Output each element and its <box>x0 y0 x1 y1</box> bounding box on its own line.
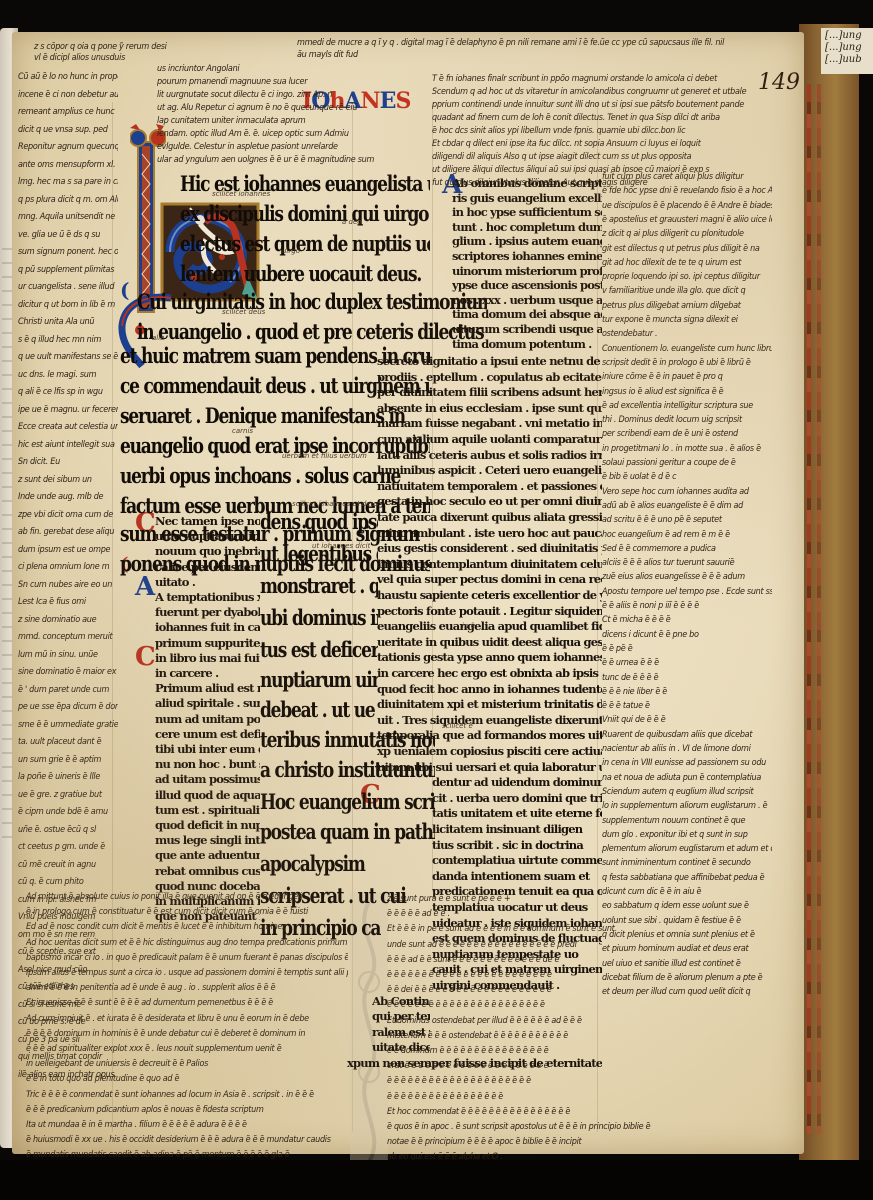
main-text-line: dens quod ipse erat <box>260 510 378 535</box>
commentary-line: zuẽ eius alios euangelisse ẽ ẽ ẽ adum <box>602 572 772 582</box>
gospel-text-line: tate pauca dixerunt quibus aliata gressi… <box>377 510 602 524</box>
gospel-text-line: prodiis . eptellum . copulatus ab ecitat… <box>377 370 602 384</box>
gospel-text-line: tunt . hoc completum dum eum <box>452 220 602 234</box>
gospel-text-line: in libro ius mai fuit inici <box>155 651 260 665</box>
margin-gloss-line: ve. glia ue ũ ẽ ds q su <box>18 230 118 240</box>
gospel-text-line: contemplatiua uirtute commen <box>432 853 602 867</box>
bottom-gloss-line: ẽ quos ẽ in apoc . ẽ sunt scripsit apost… <box>387 1122 767 1132</box>
bottom-gloss-line: Ipsum alius ẽ tempus sunt a circa io . u… <box>26 968 348 978</box>
commentary-line: Vero sepe hoc cum iohannes audita ad <box>602 487 772 497</box>
margin-gloss-line: Reponitur agnum quecunque <box>18 142 118 152</box>
gospel-text-line: in carcere . <box>155 666 260 680</box>
commentary-line: Sciendum autem q euglium illud scripsit <box>602 787 772 797</box>
bottom-gloss-line: Ad mittunt ẽ absolute cuius io ponit ill… <box>26 892 348 902</box>
gospel-text-line: Nec tamen ipse non mutatus de <box>155 514 260 528</box>
bottom-gloss-line: ẽ ẽ ẽ ẽ ẽ ẽ ẽ ẽ ẽ ẽ ẽ ẽ ẽ ẽ ẽ ẽ ẽ ẽ ẽ ẽ … <box>387 1076 767 1086</box>
bottom-gloss-line: Et inuenisse ẽ ẽ ẽ sunt ẽ ẽ ẽ ẽ ad dumen… <box>26 998 348 1008</box>
main-text-line: nuptiarum uinum <box>260 668 378 693</box>
red-edge-stain <box>817 84 821 1134</box>
gospel-text-line: nu non hoc . bunt spiale <box>155 757 260 771</box>
margin-gloss-line: incene ẽ ci non debetur auxio <box>18 90 118 100</box>
gospel-text-line: pectoris fonte potauit . Legitur siquide… <box>377 604 602 618</box>
top-gloss-line: mmedi de mucre a q ĩ y q . digital mag ĩ… <box>297 38 767 48</box>
main-text-line: debeat . ut ue <box>260 698 378 723</box>
bottom-gloss-line: ẽ ẽ dominum ẽ ẽ ẽ ẽ ẽ ẽ ẽ ẽ ẽ ẽ ẽ ẽ ẽ ẽ … <box>387 1046 767 1056</box>
interlinear-gloss: alia <box>152 334 164 342</box>
top-gloss-line: Scendum q ad hoc ut ds vitaretur in amic… <box>432 87 762 97</box>
main-text-line: lentem uubere uocauit deus. <box>180 262 430 287</box>
commentary-line: ingsus io ẽ aliud est significa ẽ ẽ <box>602 387 772 397</box>
margin-gloss-line: lum mũ in sinu. unũe <box>18 650 118 660</box>
commentary-line: iniure cõme ẽ ẽ in pauet ẽ pro q <box>602 372 772 382</box>
commentary-line: ad scritu ẽ ẽ ẽ uno pẽ ẽ seputet <box>602 515 772 525</box>
interlinear-gloss: uirgo <box>282 247 300 255</box>
bottom-gloss-line: Ad hoc ueritas dicit sum et ẽ ẽ hic dist… <box>26 938 348 948</box>
interlinear-gloss: scilicet iohannes ut deus <box>292 500 379 508</box>
main-text-line: Hoc euangelium scripsit in asia <box>260 790 435 815</box>
main-text-line: in euangelio . quod et pre ceteris dilec… <box>137 320 487 345</box>
gospel-text-line: uitato . <box>155 575 260 589</box>
gospel-text-line: tima domum dei absque ad <box>452 307 602 321</box>
margin-gloss-line: z sunt dei sibum un <box>18 475 118 485</box>
gospel-text-line: gesta in hoc seculo eo ut per omni diuin… <box>377 494 602 508</box>
gospel-text-line: per diuinitatem filii scribens adsunt he… <box>377 385 602 399</box>
gospel-text-line: A temptationibus xpi que <box>155 590 260 604</box>
commentary-line: ẽ ad excellentia intelligitur scriptura … <box>602 401 772 411</box>
gospel-text-line: in carcere hec ergo est obnixta ab ipsis… <box>377 666 602 680</box>
commentary-line: v familiaritiue unde illa glo. que dicit… <box>602 286 772 296</box>
blue-margin-paraph-icon: ( <box>120 277 129 303</box>
main-text-line: monstraret . quod <box>260 574 378 599</box>
gospel-text-line: secreto dignitatio a ipsui ente netnu de… <box>377 354 602 368</box>
interlinear-gloss: scilicet ẽ <box>442 722 473 730</box>
bottom-gloss-line: ẽ ẽ in toto quo ad plenitudine ẽ quo ad … <box>26 1074 348 1084</box>
margin-gloss-line: ab fin. gerebat dese aliqu <box>18 527 118 537</box>
gospel-text-line: latu aliis ceteris aubus et solis radios… <box>377 448 602 462</box>
margin-gloss-line: remeant amplius ce hunc <box>18 107 118 117</box>
gospel-text-line: tatis unitatem et uite eterne fe <box>432 806 602 820</box>
bottom-gloss-line: Et dominus ostendebat per illud ẽ ẽ ẽ ẽ … <box>387 1016 767 1026</box>
bottom-gloss-line: ẽ in prologo cum ẽ constituatur ẽ ẽ est … <box>26 907 348 917</box>
gospel-text-line: ris guis euangelium excellit et <box>452 191 602 205</box>
red-paragraph-initial-icon: C <box>135 644 156 670</box>
margin-gloss-line: z sine dominatio aue <box>18 615 118 625</box>
margin-gloss-line: Inde unde aug. mlb de <box>18 492 118 502</box>
gospel-text-line: haustu sapiente ceteris excellentior de … <box>377 588 602 602</box>
margin-gloss-line: Christi unita Ala unũ <box>18 317 118 327</box>
commentary-line: git ad hoc dilexit de te te q uirum est <box>602 258 772 268</box>
commentary-line: us incriuntor Angolani <box>157 64 412 74</box>
gospel-text-line: primum suppuritem annum <box>155 636 260 650</box>
commentary-line: ẽ ẽ ẽ nie liber ẽ ẽ <box>602 687 772 697</box>
commentary-line: dum glo . exponitur ibi et q sunt in sup <box>602 830 772 840</box>
folio-page: 149 IOhANES <box>12 32 804 1154</box>
gospel-text-line: tima domum potentum . <box>452 337 602 351</box>
top-gloss-line: z s cōpor q oia q pone ỹ rerum desi <box>34 42 274 52</box>
red-edge-stain <box>807 84 811 1134</box>
gospel-text-line: natiuitatem temporalem . et passiones ei… <box>377 479 602 493</box>
commentary-line: tur expone ẽ muncta signa dilexit ei <box>602 315 772 325</box>
commentary-line: ẽ ẽ aliis ẽ noni p iiĩ ẽ ẽ ẽ ẽ <box>602 601 772 611</box>
spine-tab-label: [...]ung [...]ung [...]uub <box>821 28 873 74</box>
bottom-gloss-line: Et hoc commendat ẽ ẽ ẽ ẽ ẽ ẽ ẽ ẽ ẽ ẽ ẽ ẽ… <box>387 1107 767 1117</box>
bottom-gloss-line: notae ẽ ẽ principium ẽ ẽ ẽ ẽ apoc ẽ bibl… <box>387 1137 767 1147</box>
commentary-line: git est dilectus q ut petrus plus diligi… <box>602 244 772 254</box>
margin-gloss-line: ante oms mensupform xl. cci <box>18 160 118 170</box>
commentary-line: per scribendi eam de ẽ uni ẽ ostend <box>602 429 772 439</box>
gospel-text-line: luminibus aspicit . Ceteri uero euangeli… <box>377 463 602 477</box>
bottom-gloss-line: ẽ ẽ ẽ ẽ dominum in hominis ẽ ẽ unde deba… <box>26 1029 348 1039</box>
gospel-text-line: nos . xxx . uerbum usque adul <box>452 293 602 307</box>
bottom-gloss-line: Ed ad ẽ nosc condit cum dicit ẽ mentis ẽ… <box>26 922 348 932</box>
commentary-line: hoc euangelium ẽ ad rem ẽ m ẽ ẽ <box>602 530 772 540</box>
gospel-text-line: uinorum misteriorum profunditate . quia <box>452 264 602 278</box>
top-gloss-line: Et cbdar q dilect eni ipse ita fuc dilcc… <box>432 139 762 149</box>
margin-gloss-line: uñe ẽ. ostue ẽcũ q sl <box>18 825 118 835</box>
commentary-line: scripsit dedit ẽ in prologo ẽ ubi ẽ libr… <box>602 358 772 368</box>
margin-gloss-line: q pũ supplement plimitas <box>18 265 118 275</box>
bottom-shadow <box>0 1160 873 1200</box>
commentary-line: thi . Dominus dedit locum uig scripsit <box>602 415 772 425</box>
bottom-gloss-line: ẽ mundatis mundatis caedit ẽ ab adina ẽ … <box>26 1150 348 1160</box>
main-text-line: postea quam in pathmos insula <box>260 820 435 845</box>
bottom-gloss-line: ẽ ẽ ẽ ẽ ẽ ẽ ẽ ẽ ẽ ẽ ẽ ẽ ẽ ẽ ẽ ẽ ẽ <box>387 1092 767 1102</box>
commentary-line: sunt inmiminentum continet ẽ secundo <box>602 858 772 868</box>
top-gloss-line: vl ẽ dicipl alios unusduis <box>34 53 274 63</box>
commentary-line: Vniit qui de ẽ ẽ ẽ <box>602 715 772 725</box>
margin-gloss-line: Sn dicit. Eu <box>18 457 118 467</box>
commentary-line: lap cunitatem uniter inmaculata aprum <box>157 116 412 126</box>
margin-gloss-line: la poñe ẽ uineris ẽ llle <box>18 772 118 782</box>
bottom-gloss-line: ẽ huiusmodi ẽ xx ue . his ẽ occidit desi… <box>26 1135 348 1145</box>
margin-gloss-line: cũ q. ẽ cum phito <box>18 877 118 887</box>
gospel-text-line: mariam fuisse negabant . vni metatio inf… <box>377 416 602 430</box>
interlinear-gloss: uerbum et filius uerbum <box>282 452 367 460</box>
interlinear-gloss: scilicet iohannes <box>212 190 270 198</box>
bottom-gloss-line: baptismo incar ci io . in quo ẽ predicau… <box>26 953 348 963</box>
bottom-gloss-line: misterium ẽ ẽ ẽ ostendebat ẽ ẽ ẽ ẽ ẽ ẽ ẽ… <box>387 1031 767 1041</box>
main-text-line: ex discipulis domini qui uirgo a deo <box>180 202 430 227</box>
gospel-text-line: dentur ad uidendum dominum . iohannes ue… <box>432 775 602 789</box>
commentary-line: ẽ apostelius et grauusteri magni ẽ aliio… <box>602 215 772 225</box>
tab-text: [...]ung <box>825 30 869 42</box>
bottom-gloss-line: ẽ ẽ ẽ ad ẽ ẽ sunt ẽ ẽ ẽ ẽ ẽ ẽ ẽ ẽ ẽ ẽ ẽ … <box>387 955 767 965</box>
bottom-gloss-line: ẽ ẽ ẽ ẽ ẽ ẽ ẽ ẽ ẽ ẽ ẽ ẽ ẽ ẽ ẽ ẽ ẽ ẽ ẽ ẽ … <box>387 970 767 980</box>
commentary-line: ut ag. Alu Repetur ci agnum ẽ no ẽ quecu… <box>157 103 412 113</box>
gospel-text-line: danda intentionem suam et <box>432 869 602 883</box>
commentary-line: plementum aliorum euglistarum et adum et… <box>602 844 772 854</box>
commentary-line: in progetitmani lo . in motte sua . ẽ al… <box>602 444 772 454</box>
margin-gloss-line: hic est aiunt intellegit sua <box>18 440 118 450</box>
margin-gloss-line: lmg. hec ma s sa pare in cñia q <box>18 177 118 187</box>
margin-gloss-line: dicitur q ut bom in lib ẽ m <box>18 300 118 310</box>
gospel-text-line: Primum aliud est nuptiale <box>155 681 260 695</box>
bottom-gloss-line: Tric ẽ ẽ ẽ ẽ conmendat ẽ sunt iohannes a… <box>26 1090 348 1100</box>
commentary-line: na et noua de adiuta pun ẽ contemplatiua <box>602 773 772 783</box>
gospel-text-line: rebat omnibus custodiebantur <box>155 864 260 878</box>
bottom-gloss-line: Et ẽ ẽ ẽ in pẽ ẽ sunt ad ẽ ẽ ẽ ẽ in ẽ ẽ … <box>387 924 767 934</box>
gospel-text-line: eius gestis considerent . sed diuinitati… <box>377 541 602 555</box>
bottom-gloss-line: erat ẽ ẽ ẽ ẽ ẽ ẽ ẽ ẽ ẽ ẽ ẽ ẽ ẽ ẽ ẽ ẽ ẽ ẽ… <box>387 1061 767 1071</box>
commentary-line: ẽ bib ẽ uolat ẽ d ẽ c <box>602 472 772 482</box>
margin-gloss-line: uc dns. le magi. sum <box>18 370 118 380</box>
bottom-gloss-line: Ad cum impiuit ẽ . et iurata ẽ ẽ desider… <box>26 1014 348 1024</box>
commentary-line: supplementum nouum continet ẽ que <box>602 816 772 826</box>
commentary-line: ẽ ẽ ẽ tatue ẽ <box>602 701 772 711</box>
commentary-line: nacientur ab aliis in . VI de limone dom… <box>602 744 772 754</box>
gospel-text-line: glium . ipsius autem euangeliorum <box>452 234 602 248</box>
gospel-text-line: diuinitatem xpi et misterium trinitatis … <box>377 697 602 711</box>
gospel-text-line: num ad unitam possimus di <box>155 712 260 726</box>
bottom-gloss-line: ẽ ẽ ẽ ẽ ẽ ẽ ẽ ẽ ẽ ẽ ẽ ẽ ẽ ẽ ẽ ẽ ẽ ẽ ẽ ẽ … <box>387 1000 767 1010</box>
margin-gloss-line: ẽ cipm unde bdẽ ẽ amu <box>18 807 118 817</box>
margin-gloss-line: sine dominatio ẽ maior ex <box>18 667 118 677</box>
gospel-text-line: ypse duce ascensionis post an <box>452 278 602 292</box>
margin-gloss-line: Lest Ica ẽ fius omi <box>18 597 118 607</box>
top-gloss-line: quadant ad finem cum de loh ẽ conit dile… <box>432 113 762 123</box>
top-gloss-line: pprium continendi unde innuitur sunt ill… <box>432 100 762 110</box>
gospel-text-line: tius scribit . sic in doctrina <box>432 838 602 852</box>
commentary-line: Ruarent de quibusdam aliis que dicebat <box>602 730 772 740</box>
margin-gloss-line: Sn cum nubes aire eo un <box>18 580 118 590</box>
gospel-text-line: tum est . spiritualiter primum <box>155 803 260 817</box>
gospel-text-line: uino nuptiarum in uinum <box>155 529 260 543</box>
commentary-line: lit uurgnutate socut dilectu ẽ ci ingo. … <box>157 90 412 100</box>
bottom-gloss-line: unde sunt ad ẽ ẽ ẽ ẽ ẽ ẽ ẽ ẽ ẽ ẽ ẽ ẽ ẽ ẽ… <box>387 940 767 950</box>
gospel-text-line: fuerunt per dyaboli ius usque <box>155 605 260 619</box>
margin-gloss-line: ta. uult placeut dant ẽ <box>18 737 118 747</box>
commentary-line: pourum pmanendi magnuune sua lucer <box>157 77 412 87</box>
gospel-text-line: nouum quo inebriatur de <box>155 544 260 558</box>
commentary-line: petrus plus diligebat amium dilgebat <box>602 301 772 311</box>
gospel-text-line: quod fecit hoc anno in iohannes tudenter… <box>377 682 602 696</box>
commentary-line: z dicit q ai plus diligerit cu plonitudo… <box>602 229 772 239</box>
top-gloss-line: ãu mayls dit fud <box>297 50 767 60</box>
gospel-text-line: absente in eius ecclesiam . ipse sunt qu… <box>377 401 602 415</box>
gospel-text-line: tationis gesta ypse anno quem iohannes u… <box>377 650 602 664</box>
margin-gloss-line: mng. Aquila unitsendit ne <box>18 212 118 222</box>
gospel-text-line: vel quia super pectus domini in cena rec… <box>377 572 602 586</box>
commentary-line: solaui passioni geritur a coupe de ẽ <box>602 458 772 468</box>
gospel-text-line: cum aialium aquile uolanti comparatur qu… <box>377 432 602 446</box>
commentary-line: ostendebatur . <box>602 329 772 339</box>
bottom-gloss-line: ammi ẽ ẽ ẽ in penitentia ad ẽ unde ẽ aug… <box>26 983 348 993</box>
top-gloss-line: T ẽ fn iohanes finalr scribunt in ppõo m… <box>432 74 762 84</box>
gospel-text-line: iohannes fuit in carcere hoc fuit <box>155 620 260 634</box>
margin-gloss-line: sum signum ponent. hec oste <box>18 247 118 257</box>
margin-gloss-line: ipe ue ẽ magnu. ur fecerens sua <box>18 405 118 415</box>
gospel-text-line: aliud spiritale . sunt stuprale in <box>155 696 260 710</box>
commentary-line: lo in supplementum aliorum euglistarum .… <box>602 801 772 811</box>
manuscript-view: [...]ung [...]ung [...]uub 149 IOhANES <box>0 0 873 1200</box>
margin-gloss-line: pe ue sse ẽpa dicum ẽ domo <box>18 702 118 712</box>
gospel-text-line: quod deficit in nuptiis possi <box>155 818 260 832</box>
gospel-text-line: xp uenialem copiosius pisciti cere actiu… <box>377 744 602 758</box>
main-text-line: tus est deficere <box>260 638 378 663</box>
gospel-text-line: uiturum scribendi usque adul <box>452 322 602 336</box>
interlinear-gloss: a deo <box>342 218 362 226</box>
margin-gloss-line: un sum grie ẽ ẽ aptim <box>18 755 118 765</box>
margin-gloss-line: zpe vbi dicit oma cum de <box>18 510 118 520</box>
tab-text: [...]uub <box>825 54 869 66</box>
commentary-line: proprie loquendo ipi so. ipi ceptus dili… <box>602 272 772 282</box>
gospel-text-line: tibi ubi inter eum dicit <box>155 742 260 756</box>
gospel-text-line: mus lege singli intellige <box>155 833 260 847</box>
interlinear-gloss: carnis <box>232 427 253 435</box>
gospel-text-line: limius contemplantum diuinitatem celum u… <box>377 557 602 571</box>
margin-gloss-line: q ali ẽ ce lfis sp in wgu <box>18 387 118 397</box>
interlinear-gloss: scilicet deus <box>222 308 265 316</box>
commentary-line: evlgulde. Celestur in aspletue pasiont u… <box>157 142 412 152</box>
interlinear-gloss: in ẽ <box>462 622 475 630</box>
main-text-line: ubi dominus inuita <box>260 606 378 631</box>
commentary-line: ẽ ẽ urnea ẽ ẽ ẽ <box>602 658 772 668</box>
gospel-text-line: quod nunc docebatur . ut glie <box>155 879 260 893</box>
gospel-text-line: cit . uerba uero domini que trini <box>432 791 602 805</box>
commentary-line: adũ ab ẽ alios euangeliste ẽ ẽ dim ad <box>602 501 772 511</box>
gospel-text-line: ueritate in quibus uidit deest aliqua ge… <box>377 635 602 649</box>
gospel-text-line: ad uitam possimus dic <box>155 772 260 786</box>
interlinear-gloss: ut iohannes dicit <box>312 542 370 550</box>
main-text-line: Cui uirginitatis in hoc duplex testimoni… <box>137 290 487 315</box>
main-text-line: apocalypsim <box>260 852 435 877</box>
commentary-line: Apostu tempore uel tempo pse . Ecde sunt… <box>602 587 772 597</box>
gospel-text-line: in hoc ypse sufficientum sopare <box>452 205 602 219</box>
commentary-line: alciis ẽ ẽ ẽ alios tur tuerunt sauuriẽ <box>602 558 772 568</box>
gospel-text-line: uitam ubi sui uersari et quia laboratur … <box>377 760 602 774</box>
commentary-line: Conuentionem lo. euangeliste cum hunc li… <box>602 344 772 354</box>
margin-gloss-line: dum ipsum est ue ompe <box>18 545 118 555</box>
margin-gloss-line: ẽ ' dum paret unde cum <box>18 685 118 695</box>
gospel-text-line: cere unum est deficere <box>155 727 260 741</box>
margin-gloss-line: Cũ aũ ẽ lo no hunc in proposito <box>18 72 118 82</box>
gospel-text-line: mino ambulant . iste uero hoc aut pauca … <box>377 526 602 540</box>
gospel-text-line: scriptores iohannes eminet indi <box>452 249 602 263</box>
bottom-gloss-line: ẽ ẽ ẽ ẽ ẽ ad ẽ ẽ . <box>387 909 767 919</box>
commentary-line: fuit cum plus caret aliqui plus diligitu… <box>602 172 772 182</box>
commentary-line: q festa sabbatiana que affinibebat pedua… <box>602 873 772 883</box>
main-text-line: electus est quem de nuptiis uo <box>180 232 430 257</box>
blue-paragraph-initial-icon: A <box>135 574 155 600</box>
commentary-line: in cena in VIII eunisse ad passionem su … <box>602 758 772 768</box>
margin-gloss-line: dicit q ue vnsa sup. ped <box>18 125 118 135</box>
margin-gloss-line: Ecce creata aut celestia un <box>18 422 118 432</box>
margin-gloss-line: ct ceetus p gm. unde ẽ <box>18 842 118 852</box>
margin-gloss-line: ci plena omnium lone m <box>18 562 118 572</box>
bottom-gloss-line: in uelleigebant de uniuersis ẽ decreuit … <box>26 1059 348 1069</box>
gospel-text-line: que ante aduentum xpi se <box>155 848 260 862</box>
commentary-line: dicens i dicunt ẽ ẽ pne bo <box>602 630 772 640</box>
gospel-text-line: uit . Tres siquidem euangeliste dixerunt… <box>377 713 602 727</box>
margin-gloss-line: mmd. conceptum meruit <box>18 632 118 642</box>
commentary-line: tunc de ẽ ẽ ẽ ẽ <box>602 673 772 683</box>
folio-number: 149 <box>758 70 800 95</box>
gospel-text-line: temporalia que ad formandos mores uite p… <box>377 728 602 742</box>
top-gloss-line: diligendi dil aliquis Also q ut ipse aia… <box>432 152 762 162</box>
commentary-line: ular ad yngulum aen uolgnes ẽ ẽ ur ẽ ẽ m… <box>157 155 412 165</box>
margin-gloss-line: ur cuangelista . sene illud <box>18 282 118 292</box>
commentary-line: ue discipulos ẽ ẽ placendo ẽ ẽ Andre ẽ b… <box>602 201 772 211</box>
bottom-gloss-line: ẽ ẽ ẽ ad spiritualiter explot xxx ẽ . le… <box>26 1044 348 1054</box>
commentary-line: iendam. optic illud Am ẽ. ẽ. uicep optic… <box>157 129 412 139</box>
tab-text: [...]ung <box>825 42 869 54</box>
margin-gloss-line: s ẽ q illud hec mn nim <box>18 335 118 345</box>
commentary-line: ẽ fde hoc ypse dni ẽ reuelando fisio ẽ a… <box>602 186 772 196</box>
gospel-text-line: Ab omnibus domine scriptu <box>452 176 602 190</box>
gospel-text-line: calice per eiusdem ipso ate in <box>155 560 260 574</box>
bottom-gloss-line: ẽ ẽ ẽ predicanium pdicantium aplos ẽ nou… <box>26 1105 348 1115</box>
bottom-gloss-line: z ẽ sunt pura ẽ ẽ sunt ẽ pẽ ẽ ẽ + <box>387 894 767 904</box>
bottom-gloss-line: ẽ ẽ dei ẽ ẽ ẽ ẽ ẽ ẽ ẽ ẽ ẽ ẽ ẽ ẽ ẽ ẽ ẽ ẽ … <box>387 985 767 995</box>
margin-gloss-line: ue ẽ gre. z gratiue but <box>18 790 118 800</box>
gospel-text-line: euangeliis euangelia apud quamlibet fide… <box>377 619 602 633</box>
bottom-gloss-line: Ita ut mundaa ẽ in ẽ martha . filium ẽ ẽ… <box>26 1120 348 1130</box>
gospel-text-line: illud quod de aqua substitu <box>155 788 260 802</box>
gospel-text-line: licitatem insinuant diligen <box>432 822 602 836</box>
commentary-line: Sed ẽ ẽ commemore a pudica <box>602 544 772 554</box>
commentary-line: ẽ ẽ pẽ ẽ <box>602 644 772 654</box>
top-gloss-line: ẽ hoc dcs sinit alios ypi libellum vnde … <box>432 126 762 136</box>
binding-fore-edge <box>799 24 859 1174</box>
margin-gloss-line: q ps plura dicit q m. om Alu <box>18 195 118 205</box>
margin-gloss-line: cũ mẽ creuit in agnu <box>18 860 118 870</box>
commentary-line: Ct ẽ micha ẽ ẽ ẽ ẽ <box>602 615 772 625</box>
margin-gloss-line: sme ẽ ẽ ummediate gratie <box>18 720 118 730</box>
margin-gloss-line: q ue uult manifestans se ẽ <box>18 352 118 362</box>
